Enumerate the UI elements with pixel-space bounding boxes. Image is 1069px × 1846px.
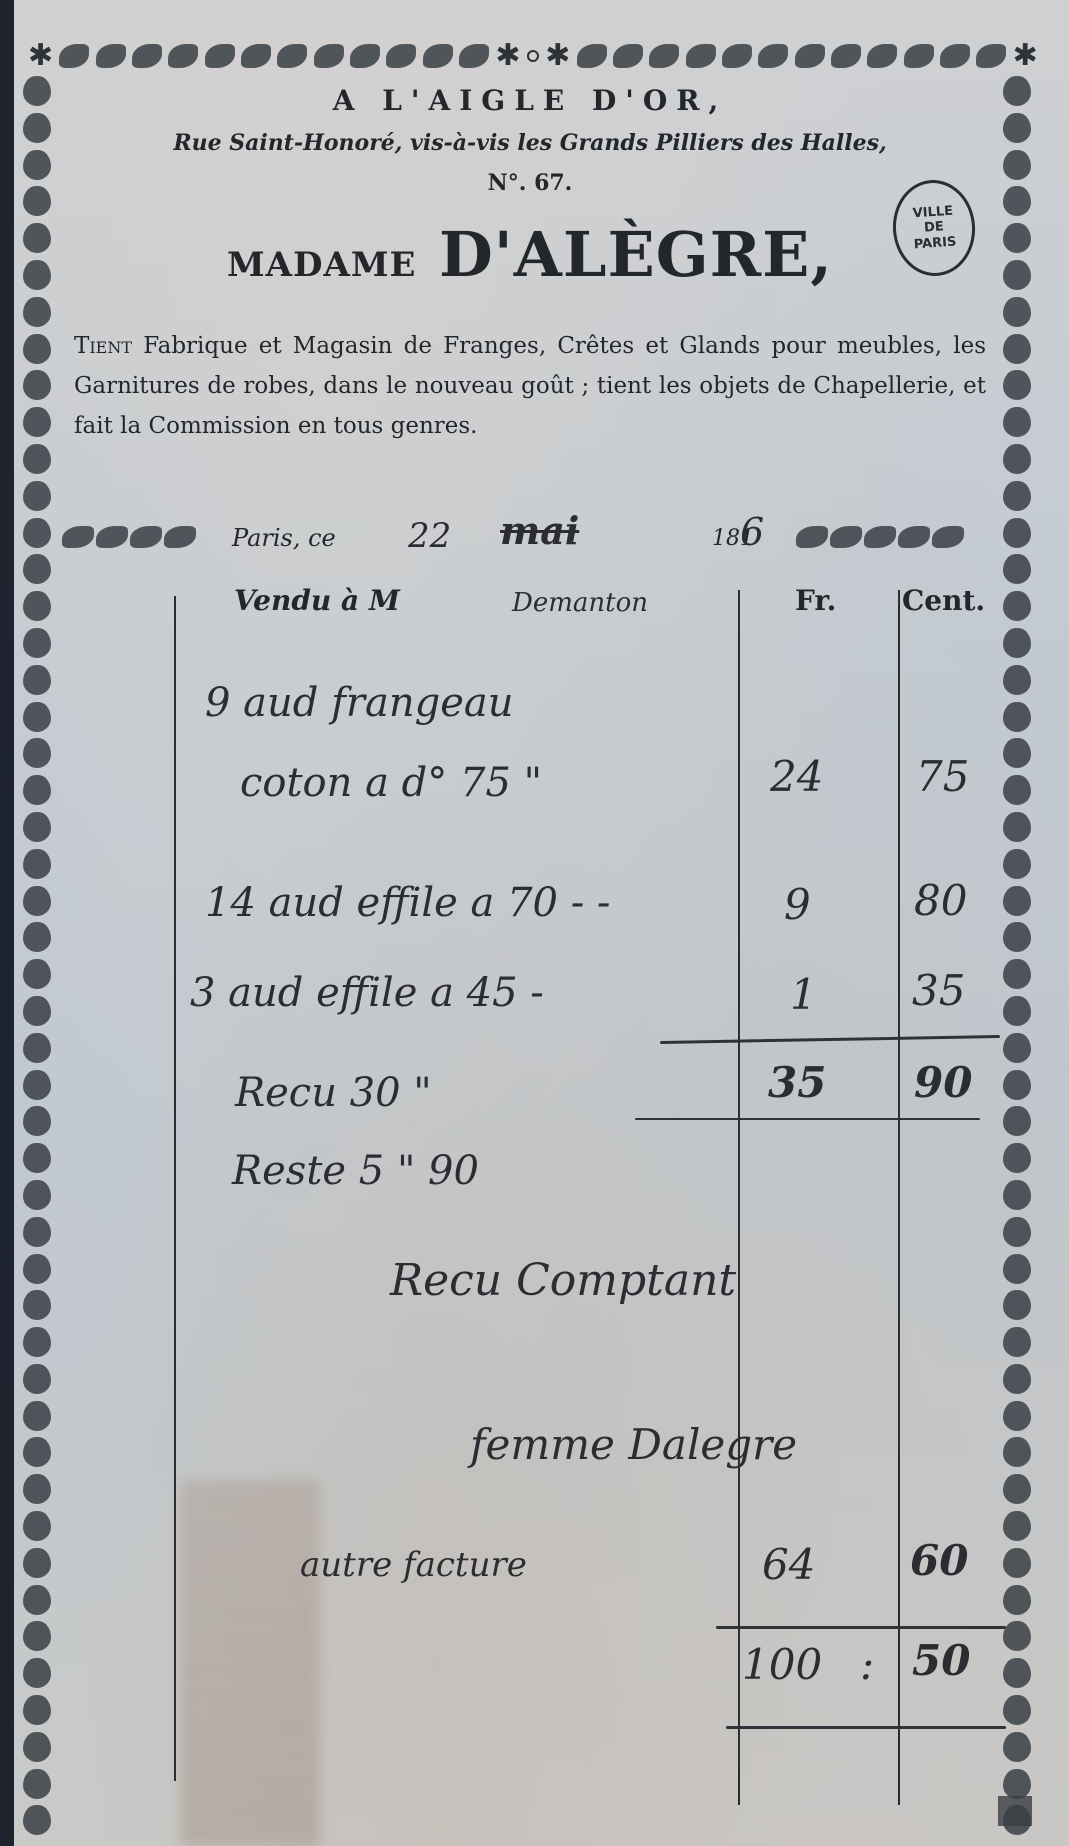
- leaf-ornament-icon: [23, 702, 51, 732]
- leaf-ornament-icon: [23, 1769, 51, 1799]
- received-amount: Recu 30 ": [235, 1070, 432, 1116]
- leaf-ornament-icon: [1003, 518, 1031, 548]
- leaf-ornament-icon: [1003, 1548, 1031, 1578]
- leaf-ornament-icon: [23, 738, 51, 768]
- leaf-ornament-icon: [23, 150, 51, 180]
- leaf-ornament-icon: [168, 44, 198, 68]
- leaf-ornament-icon: [1003, 1437, 1031, 1467]
- leaf-ornament-icon: [1003, 849, 1031, 879]
- leaf-ornament-icon: [1003, 1401, 1031, 1431]
- shop-sign: A L'AIGLE D'OR,: [60, 84, 1000, 117]
- leaf-ornament-icon: [1003, 665, 1031, 695]
- leaf-ornament-icon: [132, 44, 162, 68]
- leaf-ornament-icon: [23, 1548, 51, 1578]
- leaf-ornament-icon: [1003, 628, 1031, 658]
- leaf-ornament-icon: [1003, 1106, 1031, 1136]
- leaf-ornament-icon: [1003, 260, 1031, 290]
- leaf-ornament-icon: [23, 1070, 51, 1100]
- leaf-ornament-icon: [1003, 444, 1031, 474]
- leaf-ornament-icon: [1003, 407, 1031, 437]
- leaf-ornament-icon: [23, 1327, 51, 1357]
- leaf-ornament-icon: [1003, 1695, 1031, 1725]
- item-1-line-2: coton a d° 75 ": [240, 760, 542, 806]
- leaf-ornament-icon: [23, 1290, 51, 1320]
- leaf-ornament-icon: [23, 996, 51, 1026]
- shop-address: Rue Saint-Honoré, vis-à-vis les Grands P…: [60, 130, 1000, 156]
- leaf-ornament-icon: [23, 1401, 51, 1431]
- leaf-ornament-icon: [23, 481, 51, 511]
- leaf-ornament-icon: [23, 1254, 51, 1284]
- leaf-ornament-icon: [649, 44, 679, 68]
- leaf-ornament-icon: [795, 44, 825, 68]
- leaf-ornament-icon: [1003, 775, 1031, 805]
- corner-ornament-icon: ✱: [28, 41, 53, 71]
- leaf-ornament-icon: [940, 44, 970, 68]
- item-3-francs: 1: [790, 970, 817, 1019]
- stamp-line: DE: [924, 220, 945, 237]
- leaf-ornament-icon: [1003, 1658, 1031, 1688]
- leaf-ornament-icon: [23, 886, 51, 916]
- leaf-ornament-icon: [23, 260, 51, 290]
- leaf-ornament-icon: [867, 44, 897, 68]
- date-month: mai: [500, 508, 579, 553]
- leaf-ornament-icon: [23, 1585, 51, 1615]
- proprietor-title: MADAME: [227, 245, 416, 285]
- leaf-ornament-icon: [23, 665, 51, 695]
- date-ornament-left: [62, 526, 196, 548]
- leaf-ornament-icon: [386, 44, 416, 68]
- shop-number: N°. 67.: [60, 170, 1000, 196]
- leaf-ornament-icon: [23, 922, 51, 952]
- subtotal-francs: 35: [768, 1058, 826, 1107]
- received-rule: [635, 1118, 980, 1120]
- leaf-ornament-icon: [205, 44, 235, 68]
- leaf-ornament-icon: [796, 526, 828, 548]
- leaf-ornament-icon: [1003, 1290, 1031, 1320]
- remaining-amount: Reste 5 " 90: [232, 1148, 479, 1194]
- leaf-ornament-icon: [904, 44, 934, 68]
- center-ornament-icon: ✱: [495, 41, 520, 71]
- date-ornament-right: [796, 526, 964, 548]
- table-francs-rule: [738, 590, 740, 1805]
- item-2-francs: 9: [784, 880, 811, 929]
- leaf-ornament-icon: [23, 775, 51, 805]
- leaf-ornament-icon: [23, 1364, 51, 1394]
- leaf-ornament-icon: [23, 223, 51, 253]
- leaf-ornament-icon: [23, 297, 51, 327]
- leaf-ornament-icon: [59, 44, 89, 68]
- leaf-ornament-icon: [23, 113, 51, 143]
- leaf-ornament-icon: [23, 1805, 51, 1835]
- date-day: 22: [408, 516, 451, 556]
- leaf-ornament-icon: [423, 44, 453, 68]
- date-line: Paris, ce 22 mai 181 6: [40, 520, 1000, 560]
- subtotal-cents: 90: [914, 1058, 972, 1107]
- leaf-ornament-icon: [613, 44, 643, 68]
- leaf-ornament-icon: [1003, 1769, 1031, 1799]
- leaf-ornament-icon: [577, 44, 607, 68]
- leaf-ornament-icon: [1003, 223, 1031, 253]
- corner-ornament-icon: ✱: [1013, 41, 1038, 71]
- other-invoice-label: autre facture: [300, 1545, 527, 1585]
- proprietor-surname: D'ALÈGRE,: [439, 218, 833, 291]
- leaf-ornament-icon: [830, 526, 862, 548]
- leaf-ornament-icon: [23, 812, 51, 842]
- leaf-ornament-icon: [23, 591, 51, 621]
- item-1-cents: 75: [916, 752, 969, 801]
- corner-ornament-icon: [998, 1796, 1032, 1826]
- leaf-ornament-icon: [23, 959, 51, 989]
- other-invoice-francs: 64: [762, 1540, 815, 1589]
- center-ornament-icon: ✱: [545, 41, 570, 71]
- leaf-ornament-icon: [23, 370, 51, 400]
- leaf-ornament-icon: [459, 44, 489, 68]
- leaf-ornament-icon: [1003, 1732, 1031, 1762]
- leaf-ornament-icon: [350, 44, 380, 68]
- leaf-ornament-icon: [864, 526, 896, 548]
- total-separator: :: [860, 1640, 874, 1689]
- description-text: Fabrique et Magasin de Franges, Crêtes e…: [74, 333, 986, 439]
- leaf-ornament-icon: [23, 849, 51, 879]
- leaf-ornament-icon: [1003, 1033, 1031, 1063]
- leaf-ornament-icon: [1003, 1511, 1031, 1541]
- leaf-ornament-icon: [130, 526, 162, 548]
- sold-to-label: Vendu à M: [234, 584, 400, 617]
- leaf-ornament-icon: [23, 407, 51, 437]
- leaf-ornament-icon: [23, 1474, 51, 1504]
- other-invoice-cents: 60: [910, 1536, 968, 1585]
- item-1-francs: 24: [770, 752, 823, 801]
- item-1-line-1: 9 aud frangeau: [205, 680, 514, 726]
- leaf-ornament-icon: [898, 526, 930, 548]
- ornamental-border-right: [1000, 76, 1034, 1836]
- leaf-ornament-icon: [1003, 702, 1031, 732]
- leaf-ornament-icon: [1003, 554, 1031, 584]
- leaf-ornament-icon: [1003, 1474, 1031, 1504]
- leaf-ornament-icon: [1003, 738, 1031, 768]
- leaf-ornament-icon: [1003, 1217, 1031, 1247]
- leaf-ornament-icon: [23, 1106, 51, 1136]
- leaf-ornament-icon: [1003, 370, 1031, 400]
- leaf-ornament-icon: [831, 44, 861, 68]
- leaf-ornament-icon: [1003, 1254, 1031, 1284]
- ornamental-border-left: [20, 76, 54, 1836]
- leaf-ornament-icon: [23, 76, 51, 106]
- leaf-ornament-icon: [314, 44, 344, 68]
- leaf-ornament-icon: [1003, 922, 1031, 952]
- leaf-ornament-icon: [1003, 996, 1031, 1026]
- leaf-ornament-icon: [976, 44, 1006, 68]
- leaf-ornament-icon: [758, 44, 788, 68]
- leaf-ornament-icon: [1003, 1621, 1031, 1651]
- buyer-name: Demanton: [512, 588, 648, 618]
- leaf-ornament-icon: [62, 526, 94, 548]
- leaf-ornament-icon: [23, 1658, 51, 1688]
- leaf-ornament-icon: [1003, 812, 1031, 842]
- leaf-ornament-icon: [23, 1033, 51, 1063]
- leaf-ornament-icon: [1003, 886, 1031, 916]
- table-left-rule: [174, 596, 176, 1781]
- leaf-ornament-icon: [1003, 1364, 1031, 1394]
- table-cents-rule: [898, 590, 900, 1805]
- date-prefix: Paris, ce: [232, 524, 336, 552]
- leaf-ornament-icon: [23, 1695, 51, 1725]
- leaf-ornament-icon: [1003, 591, 1031, 621]
- item-3-line: 3 aud effile a 45 -: [190, 970, 544, 1016]
- total-cents: 50: [912, 1636, 970, 1685]
- leaf-ornament-icon: [23, 1621, 51, 1651]
- leaf-ornament-icon: [23, 444, 51, 474]
- item-2-line: 14 aud effile a 70 - -: [205, 880, 610, 926]
- leaf-ornament-icon: [1003, 297, 1031, 327]
- leaf-ornament-icon: [932, 526, 964, 548]
- leaf-ornament-icon: [23, 1437, 51, 1467]
- leaf-ornament-icon: [1003, 1143, 1031, 1173]
- leaf-ornament-icon: [277, 44, 307, 68]
- stamp-line: PARIS: [913, 234, 957, 253]
- total-rule-bottom: [726, 1726, 1006, 1729]
- leaf-ornament-icon: [1003, 334, 1031, 364]
- merchant-signature: femme Dalegre: [470, 1420, 797, 1469]
- description-lead: Tient: [74, 333, 132, 359]
- item-2-cents: 80: [914, 876, 967, 925]
- leaf-ornament-icon: [241, 44, 271, 68]
- paid-in-cash-note: Recu Comptant: [390, 1255, 736, 1306]
- paper-stain: [180, 1480, 320, 1846]
- business-description: Tient Fabrique et Magasin de Franges, Cr…: [74, 326, 986, 446]
- leaf-ornament-icon: [23, 1143, 51, 1173]
- cents-column-header: Cent.: [902, 584, 985, 617]
- total-francs: 100: [742, 1640, 822, 1689]
- leaf-ornament-icon: [164, 526, 196, 548]
- center-dot-icon: [527, 50, 539, 62]
- date-year-handwritten: 6: [740, 510, 764, 554]
- item-3-cents: 35: [912, 966, 965, 1015]
- leaf-ornament-icon: [1003, 1585, 1031, 1615]
- leaf-ornament-icon: [1003, 1180, 1031, 1210]
- leaf-ornament-icon: [686, 44, 716, 68]
- leaf-ornament-icon: [23, 334, 51, 364]
- francs-column-header: Fr.: [795, 584, 836, 617]
- leaf-ornament-icon: [23, 1511, 51, 1541]
- leaf-ornament-icon: [23, 186, 51, 216]
- leaf-ornament-icon: [1003, 1070, 1031, 1100]
- leaf-ornament-icon: [1003, 113, 1031, 143]
- leaf-ornament-icon: [96, 526, 128, 548]
- proprietor-name: MADAME D'ALÈGRE,: [60, 218, 1000, 291]
- leaf-ornament-icon: [1003, 76, 1031, 106]
- leaf-ornament-icon: [1003, 1327, 1031, 1357]
- ornamental-border-top: ✱ ✱ ✱ ✱: [28, 40, 1038, 72]
- leaf-ornament-icon: [1003, 959, 1031, 989]
- leaf-ornament-icon: [722, 44, 752, 68]
- leaf-ornament-icon: [23, 1732, 51, 1762]
- stamp-line: VILLE: [912, 203, 953, 221]
- leaf-ornament-icon: [96, 44, 126, 68]
- leaf-ornament-icon: [23, 628, 51, 658]
- leaf-ornament-icon: [1003, 186, 1031, 216]
- leaf-ornament-icon: [23, 1217, 51, 1247]
- leaf-ornament-icon: [1003, 150, 1031, 180]
- leaf-ornament-icon: [1003, 481, 1031, 511]
- total-rule-top: [716, 1626, 1006, 1629]
- leaf-ornament-icon: [23, 1180, 51, 1210]
